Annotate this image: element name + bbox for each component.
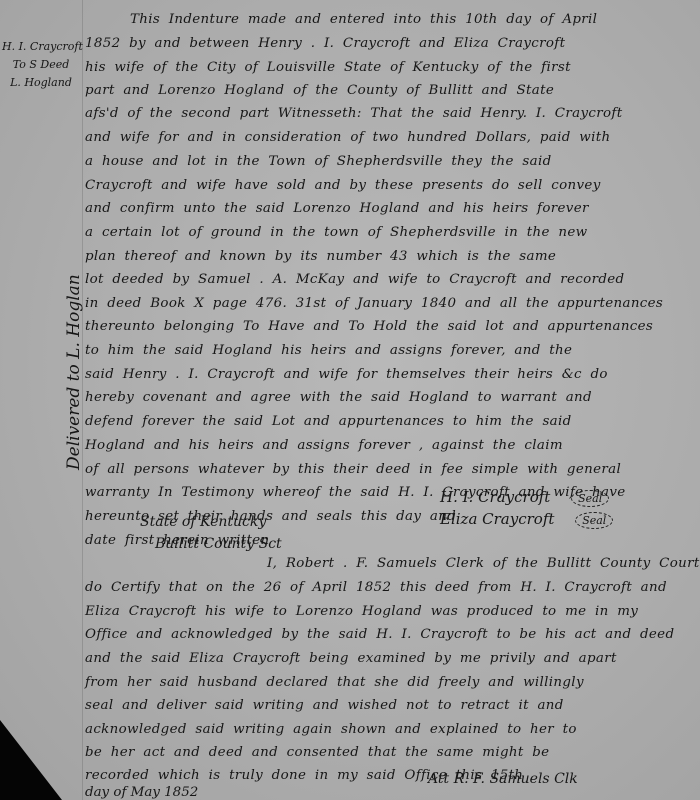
deed-line: and confirm unto the said Lorenzo Hoglan… — [85, 201, 589, 216]
margin-note-grantor: H. I. Craycroft — [2, 38, 80, 56]
certificate-date-line: day of May 1852 — [85, 785, 198, 800]
certificate-line: and the said Eliza Craycroft being exami… — [85, 651, 617, 666]
deed-line: 1852 by and between Henry . I. Craycroft… — [85, 36, 565, 51]
venue-county: Bullitt County Sct — [155, 536, 282, 552]
deed-line: and wife for and in consideration of two… — [85, 130, 610, 145]
certificate-line: acknowledged said writing again shown an… — [85, 722, 577, 737]
deed-line: hereby covenant and agree with the said … — [85, 390, 592, 405]
certificate-line: Office and acknowledged by the said H. I… — [85, 627, 674, 642]
certificate-line: seal and deliver said writing and wished… — [85, 698, 564, 713]
signature-wife: Eliza Craycroft Seal — [440, 510, 613, 529]
margin-note-deed: To S Deed — [2, 56, 80, 74]
venue-state: State of Kentucky — [140, 514, 266, 530]
deed-line: Craycroft and wife have sold and by thes… — [85, 178, 601, 193]
signature-name: Eliza Craycroft — [440, 510, 554, 528]
certificate-line: from her said husband declared that she … — [85, 675, 584, 690]
certificate-line: Eliza Craycroft his wife to Lorenzo Hogl… — [85, 604, 638, 619]
deed-line: afs'd of the second part Witnesseth: Tha… — [85, 106, 622, 121]
deed-line: of all persons whatever by this their de… — [85, 462, 621, 477]
deed-line: a certain lot of ground in the town of S… — [85, 225, 587, 240]
certificate-line: do Certify that on the 26 of April 1852 … — [85, 580, 667, 595]
seal-mark: Seal — [571, 490, 609, 507]
scan-corner-shadow — [0, 720, 62, 800]
deed-line: said Henry . I. Craycroft and wife for t… — [85, 367, 608, 382]
signature-grantor: H. I. Craycroft Seal — [440, 488, 609, 507]
deed-line: a house and lot in the Town of Shepherds… — [85, 154, 552, 169]
deed-line: Hogland and his heirs and assigns foreve… — [85, 438, 563, 453]
deed-line: plan thereof and known by its number 43 … — [85, 249, 556, 264]
margin-note-grantee: L. Hogland — [2, 74, 80, 92]
deed-line: This Indenture made and entered into thi… — [130, 12, 597, 27]
deed-line: thereunto belonging To Have and To Hold … — [85, 319, 653, 334]
deed-line: in deed Book X page 476. 31st of January… — [85, 296, 663, 311]
deed-line: lot deeded by Samuel . A. McKay and wife… — [85, 272, 624, 287]
clerk-signature: Att R. F. Samuels Clk — [428, 771, 578, 787]
signature-name: H. I. Craycroft — [440, 488, 550, 506]
deed-line: his wife of the City of Louisville State… — [85, 60, 571, 75]
deed-line: defend forever the said Lot and appurten… — [85, 414, 572, 429]
deed-line: part and Lorenzo Hogland of the County o… — [85, 83, 554, 98]
margin-notes: H. I. Craycroft To S Deed L. Hogland — [2, 38, 80, 92]
certificate-line: be her act and deed and consented that t… — [85, 745, 549, 760]
certificate-line: I, Robert . F. Samuels Clerk of the Bull… — [267, 556, 700, 571]
deed-line: to him the said Hogland his heirs and as… — [85, 343, 572, 358]
seal-mark: Seal — [575, 512, 613, 529]
delivered-note: Delivered to L. Hoglan — [64, 274, 84, 470]
